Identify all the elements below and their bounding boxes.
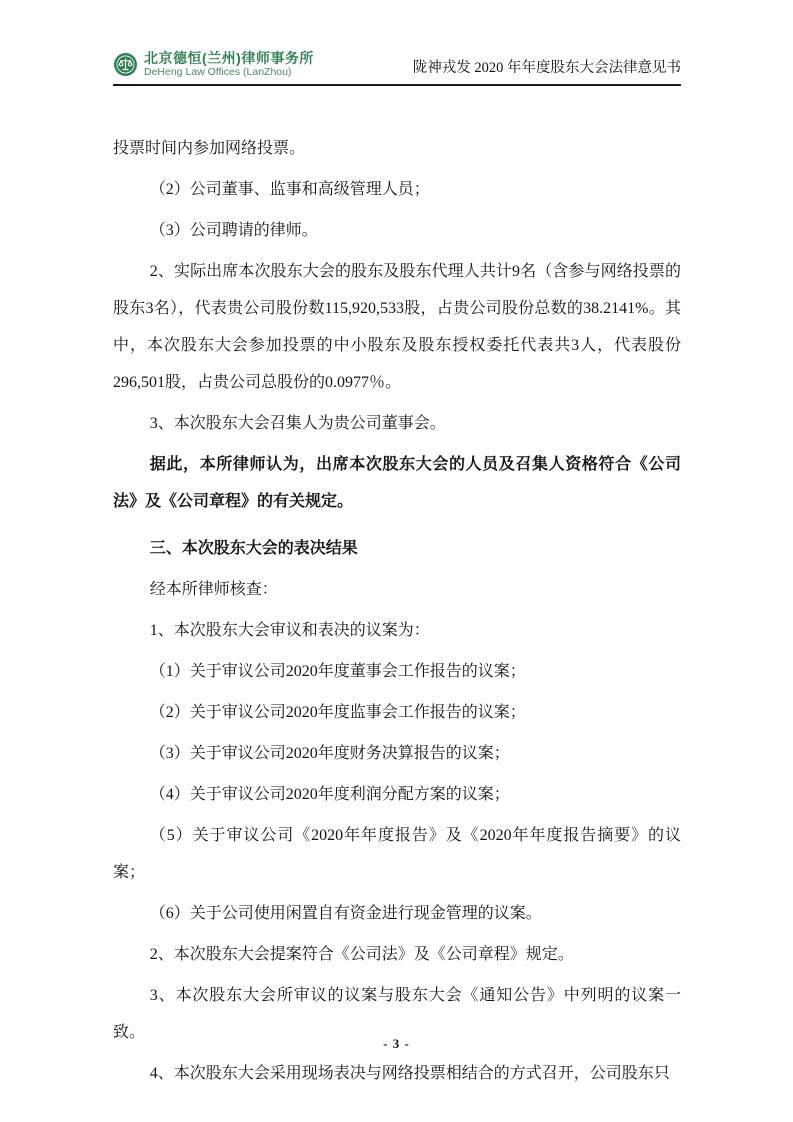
firm-name-chinese: 北京德恒(兰州)律师事务所 <box>144 50 314 66</box>
paragraph: 2、实际出席本次股东大会的股东及股东代理人共计9名（含参与网络投票的股东3名），… <box>113 253 681 401</box>
paragraph: （1）关于审议公司2020年度董事会工作报告的议案； <box>113 653 681 690</box>
scales-of-justice-icon <box>113 52 138 77</box>
paragraph: 4、本次股东大会采用现场表决与网络投票相结合的方式召开，公司股东只 <box>113 1055 681 1092</box>
firm-name-english: DeHeng Law Offices (LanZhou) <box>144 66 314 78</box>
paragraph: （5）关于审议公司《2020年年度报告》及《2020年年度报告摘要》的议案； <box>113 817 681 891</box>
paragraph: （3）关于审议公司2020年度财务决算报告的议案； <box>113 735 681 772</box>
paragraph: 经本所律师核查： <box>113 571 681 608</box>
paragraph: （4）关于审议公司2020年度利润分配方案的议案； <box>113 776 681 813</box>
page-number: - 3 - <box>0 1036 793 1052</box>
firm-names: 北京德恒(兰州)律师事务所 DeHeng Law Offices (LanZho… <box>144 50 314 78</box>
paragraph: 3、本次股东大会召集人为贵公司董事会。 <box>113 405 681 442</box>
paragraph: （2）公司董事、监事和高级管理人员； <box>113 171 681 208</box>
paragraph: 2、本次股东大会提案符合《公司法》及《公司章程》规定。 <box>113 936 681 973</box>
paragraph: （6）关于公司使用闲置自有资金进行现金管理的议案。 <box>113 895 681 932</box>
paragraph: 投票时间内参加网络投票。 <box>113 130 681 167</box>
paragraph: （2）关于审议公司2020年度监事会工作报告的议案； <box>113 694 681 731</box>
document-body: 投票时间内参加网络投票。（2）公司董事、监事和高级管理人员；（3）公司聘请的律师… <box>113 130 681 1096</box>
paragraph: 据此，本所律师认为，出席本次股东大会的人员及召集人资格符合《公司法》及《公司章程… <box>113 446 681 520</box>
header-document-title: 陇神戎发 2020 年年度股东大会法律意见书 <box>413 56 681 78</box>
document-page: 北京德恒(兰州)律师事务所 DeHeng Law Offices (LanZho… <box>0 0 793 1122</box>
paragraph: （3）公司聘请的律师。 <box>113 212 681 249</box>
section-heading: 三、本次股东大会的表决结果 <box>113 530 681 567</box>
law-firm-brand: 北京德恒(兰州)律师事务所 DeHeng Law Offices (LanZho… <box>113 50 314 78</box>
paragraph: 1、本次股东大会审议和表决的议案为： <box>113 612 681 649</box>
page-header: 北京德恒(兰州)律师事务所 DeHeng Law Offices (LanZho… <box>113 50 681 86</box>
